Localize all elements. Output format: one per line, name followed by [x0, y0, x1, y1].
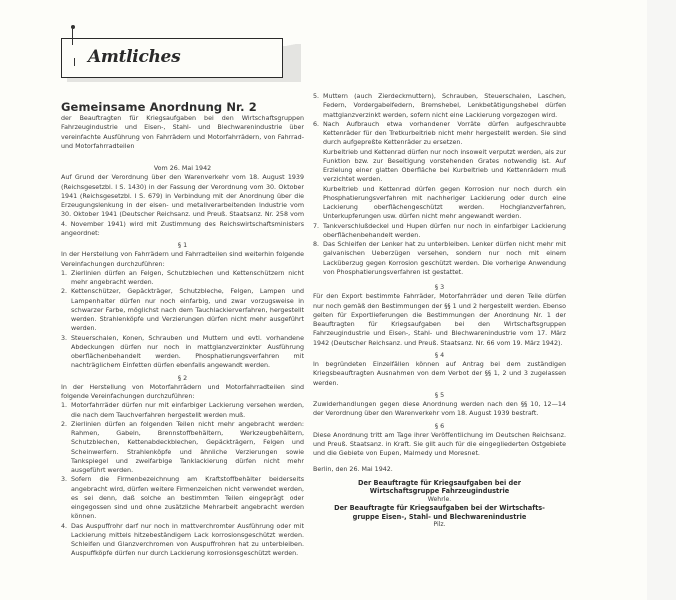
section-intro: In der Herstellung von Motorfahrrädern u…: [61, 383, 304, 402]
list-item: 8.Das Schleifen der Lenker hat zu unterb…: [313, 240, 566, 277]
section-heading: § 3: [313, 283, 566, 292]
date-line: Vom 26. Mai 1942: [61, 164, 304, 173]
section-body: Zuwiderhandlungen gegen diese Anordnung …: [313, 400, 566, 419]
section-intro: In der Herstellung von Fahrrädern und Fa…: [61, 250, 304, 269]
list-item: 3.Steuerschalen, Konen, Schrauben und Mu…: [61, 334, 304, 371]
left-column: Gemeinsame Anordnung Nr. 2 der Beauftrag…: [61, 101, 304, 559]
list-item: 3.Sofern die Firmenbezeichnung am Krafts…: [61, 475, 304, 521]
document-page: Amtliches Gemeinsame Anordnung Nr. 2 der…: [0, 0, 647, 600]
pin-mark-icon: [74, 58, 75, 66]
signature-title: Wirtschaftsgruppe Fahrzeugindustrie: [313, 487, 566, 496]
list-item: 4.Das Auspuffrohr darf nur noch in mattv…: [61, 522, 304, 559]
section-header-box: Amtliches: [61, 38, 283, 78]
document-title: Gemeinsame Anordnung Nr. 2: [61, 101, 304, 114]
document-subtitle: der Beauftragten für Kriegsaufgaben bei …: [61, 114, 304, 151]
section-body: Diese Anordnung tritt am Tage ihrer Verö…: [313, 431, 566, 459]
section-heading: § 1: [61, 241, 304, 250]
list-item: 1.Zierlinien dürfen an Felgen, Schutzble…: [61, 269, 304, 288]
signature-name: Wehrle.: [313, 496, 566, 504]
list-item: 5.Muttern (auch Zierdeckmuttern), Schrau…: [313, 92, 566, 120]
list-item-continuation: Kurbeltrieb und Kettenrad dürfen nur noc…: [313, 148, 566, 185]
signature-title: gruppe Eisen-, Stahl- und Blechwarenindu…: [313, 513, 566, 522]
list-item: 6.Nach Aufbrauch etwa vorhandener Vorrät…: [313, 120, 566, 148]
signature-title: Der Beauftragte für Kriegsaufgaben bei d…: [313, 479, 566, 488]
section-body: In begründeten Einzelfällen können auf A…: [313, 360, 566, 388]
place-date: Berlin, den 26. Mai 1942.: [313, 465, 566, 474]
signature-block: Der Beauftragte für Kriegsaufgaben bei d…: [313, 504, 566, 529]
section-heading: § 2: [61, 374, 304, 383]
section-header-title: Amtliches: [88, 47, 180, 67]
header-frame: Amtliches: [61, 38, 283, 78]
list-item-continuation: Kurbeltrieb und Kettenrad dürfen gegen K…: [313, 185, 566, 222]
signature-name: Pilz.: [313, 521, 566, 529]
preamble: Auf Grund der Verordnung über den Warenv…: [61, 173, 304, 238]
section-heading: § 4: [313, 351, 566, 360]
list-item: 2.Zierlinien dürfen an folgenden Teilen …: [61, 420, 304, 476]
right-column: 5.Muttern (auch Zierdeckmuttern), Schrau…: [313, 92, 566, 529]
scan-margin: [647, 0, 676, 600]
pin-icon: [72, 27, 73, 45]
section-heading: § 5: [313, 391, 566, 400]
list-item: 1.Motorfahrräder dürfen nur mit einfarbi…: [61, 401, 304, 420]
list-item: 7.Tankverschlußdeckel und Hupen dürfen n…: [313, 222, 566, 241]
signature-title: Der Beauftragte für Kriegsaufgaben bei d…: [313, 504, 566, 513]
section-heading: § 6: [313, 422, 566, 431]
list-item: 2.Kettenschützer, Gepäckträger, Schutzbl…: [61, 287, 304, 333]
signature-block: Der Beauftragte für Kriegsaufgaben bei d…: [313, 479, 566, 504]
section-body: Für den Export bestimmte Fahrräder, Moto…: [313, 292, 566, 348]
